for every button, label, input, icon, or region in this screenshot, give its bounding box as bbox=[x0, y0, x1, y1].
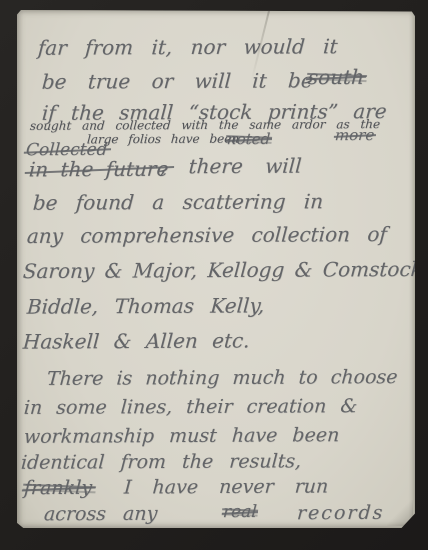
handwriting-line: Haskell & Allen etc. bbox=[22, 328, 250, 353]
handwriting-line: be true or will it be bbox=[41, 68, 313, 93]
struck-handwriting: real bbox=[222, 502, 257, 522]
struck-handwriting: noted bbox=[226, 130, 270, 148]
handwriting-line: across any bbox=[43, 503, 158, 526]
handwriting-line: There is nothing much to choose bbox=[46, 366, 398, 390]
struck-handwriting: more bbox=[334, 126, 374, 144]
handwriting-line: in some lines, their creation & bbox=[23, 395, 358, 419]
struck-handwriting: in the future bbox=[28, 157, 169, 182]
handwriting-line: sought and collected with the same ardor… bbox=[29, 117, 380, 133]
manuscript-page: far from it, nor would itbe true or will… bbox=[17, 10, 415, 528]
handwriting-line: , there will bbox=[159, 154, 302, 179]
struck-handwriting: frankly bbox=[23, 477, 92, 499]
handwriting-line: Biddle, Thomas Kelly, bbox=[26, 293, 265, 318]
handwriting-line: records bbox=[296, 502, 385, 524]
handwriting-line: workmanship must have been bbox=[23, 424, 340, 448]
handwriting-line: Sarony & Major, Kellogg & Comstock, bbox=[22, 257, 428, 283]
handwriting-line: far from it, nor would it bbox=[37, 34, 338, 60]
handwriting-line: identical from the results, bbox=[20, 450, 302, 473]
struck-handwriting: south bbox=[307, 65, 365, 89]
handwriting-line: I have never run bbox=[123, 475, 329, 498]
handwriting-line: any comprehensive collection of bbox=[26, 222, 388, 248]
handwriting-line: large folios have been bbox=[87, 132, 240, 147]
handwriting-line: be found a scattering in bbox=[32, 189, 324, 215]
